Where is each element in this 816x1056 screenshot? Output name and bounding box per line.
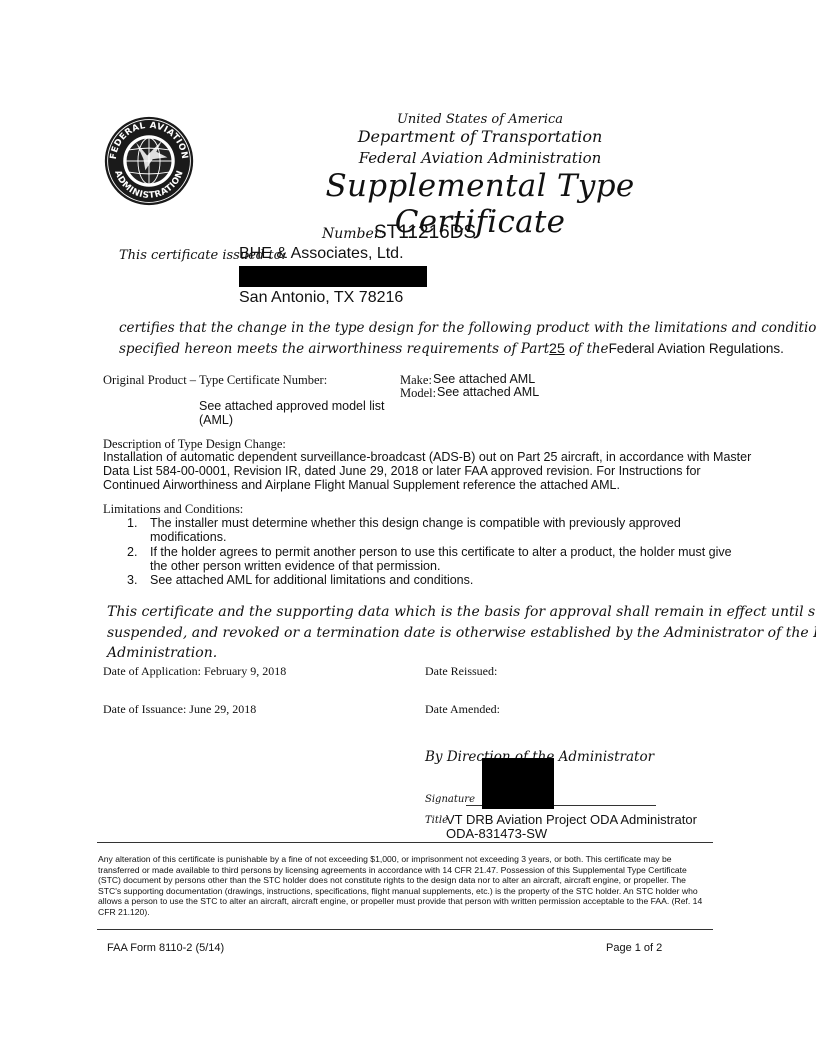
- certifies-line-2: specified hereon meets the airworthiness…: [119, 340, 784, 357]
- limitation-text: modifications.: [150, 530, 226, 544]
- date-amended: Date Amended:: [425, 702, 500, 717]
- divider: [97, 842, 713, 843]
- department-heading: Department of Transportation: [260, 127, 700, 146]
- signer-title: VT DRB Aviation Project ODA Administrato…: [446, 812, 697, 827]
- signature-label: Signature: [425, 794, 475, 805]
- date-of-application: Date of Application: February 9, 2018: [103, 664, 286, 679]
- country-heading: United States of America: [260, 112, 700, 127]
- form-identifier: FAA Form 8110-2 (5/14): [107, 942, 224, 954]
- limitation-text: See attached AML for additional limitati…: [150, 573, 473, 587]
- model-value: See attached AML: [437, 385, 539, 399]
- oda-number: ODA-831473-SW: [446, 826, 547, 841]
- description-line: Continued Airworthiness and Airplane Fli…: [103, 478, 620, 492]
- effectivity-line: Administration.: [107, 645, 217, 661]
- effectivity-line: suspended, and revoked or a termination …: [107, 625, 816, 641]
- redacted-address: [239, 266, 427, 287]
- original-product-label: Original Product – Type Certificate Numb…: [103, 373, 327, 388]
- legal-disclaimer: Any alteration of this certificate is pu…: [98, 854, 710, 918]
- certifies-mid: of the: [565, 341, 609, 357]
- make-value: See attached AML: [433, 372, 535, 386]
- limitation-number: 1.: [127, 516, 137, 530]
- certificate-number: ST11216DS: [374, 222, 476, 244]
- agency-heading: Federal Aviation Administration: [260, 149, 700, 167]
- description-line: Installation of automatic dependent surv…: [103, 450, 751, 464]
- title-label: Title: [425, 815, 448, 826]
- page-number: Page 1 of 2: [606, 942, 662, 954]
- limitation-text: If the holder agrees to permit another p…: [150, 545, 732, 559]
- date-of-issuance: Date of Issuance: June 29, 2018: [103, 702, 256, 717]
- certifies-prefix: specified hereon meets the airworthiness…: [119, 341, 549, 357]
- part-number: 25: [549, 340, 565, 356]
- limitations-label: Limitations and Conditions:: [103, 502, 243, 517]
- regulations-name: Federal Aviation Regulations.: [609, 341, 784, 356]
- limitation-number: 2.: [127, 545, 137, 559]
- holder-name: BHE & Associates, Ltd.: [239, 245, 404, 263]
- tc-number-value: See attached approved model list: [199, 399, 385, 413]
- certifies-line-1: certifies that the change in the type de…: [119, 320, 816, 336]
- limitation-number: 3.: [127, 573, 137, 587]
- date-reissued: Date Reissued:: [425, 664, 497, 679]
- limitation-text: The installer must determine whether thi…: [150, 516, 681, 530]
- model-label: Model:: [400, 386, 436, 401]
- divider: [97, 929, 713, 930]
- description-line: Data List 584-00-0001, Revision IR, date…: [103, 464, 701, 478]
- tc-number-value-cont: (AML): [199, 413, 233, 427]
- holder-city: San Antonio, TX 78216: [239, 289, 403, 307]
- redacted-signature: [482, 758, 554, 809]
- faa-seal-icon: FEDERAL AVIATION ADMINISTRATION: [103, 115, 195, 207]
- limitation-text: the other person written evidence of tha…: [150, 559, 440, 573]
- effectivity-line: This certificate and the supporting data…: [107, 604, 816, 620]
